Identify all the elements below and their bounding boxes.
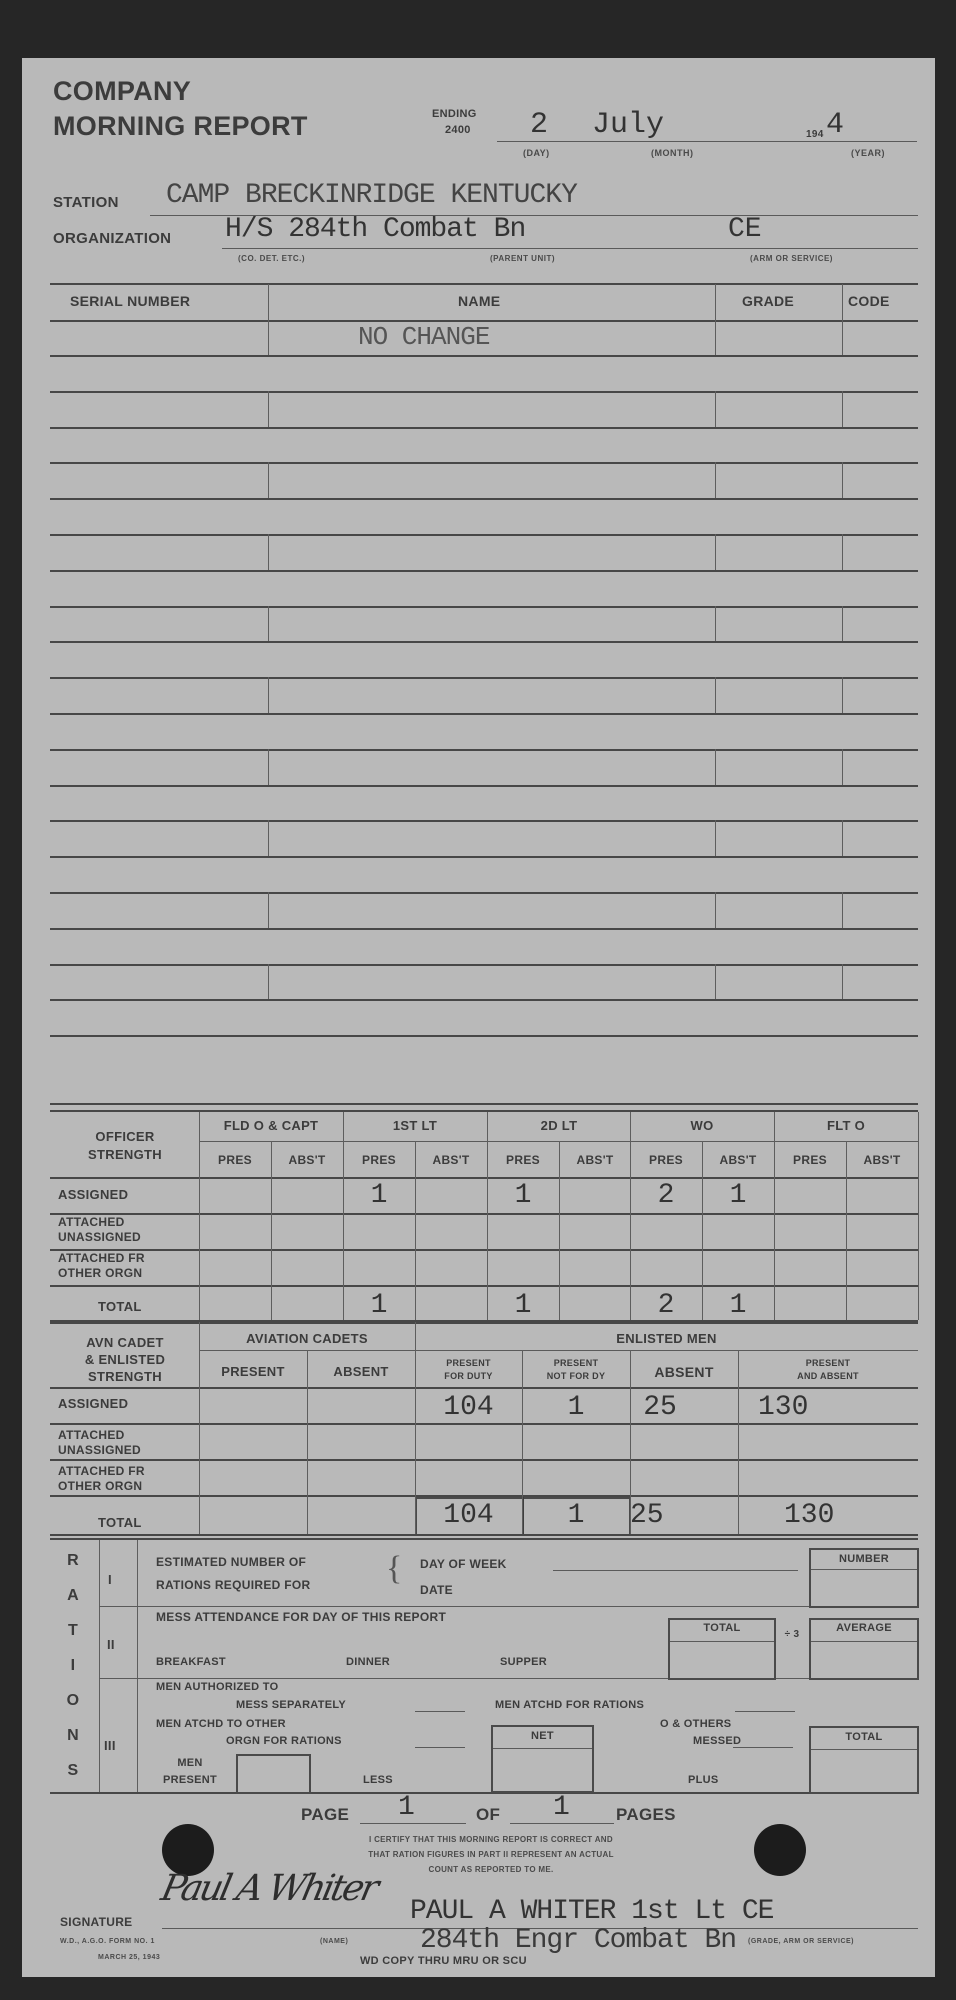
roster-col-divider — [268, 677, 269, 713]
roster-row-line — [50, 427, 918, 429]
officer-sub-header: PRES — [774, 1153, 846, 1167]
roster-col-divider — [715, 820, 716, 856]
officer-group-divider — [630, 1112, 631, 1320]
officer-title-2: STRENGTH — [50, 1146, 200, 1164]
roster-col-divider — [842, 534, 843, 570]
rations-letter: S — [58, 1762, 88, 1780]
roster-row-line — [50, 677, 918, 679]
officer-group-header: 2D LT — [487, 1118, 631, 1133]
enlisted-bottom-line — [50, 1534, 918, 1536]
enlisted-row-att-other: ATTACHED FR OTHER ORGN — [58, 1464, 145, 1494]
signer-unit: 284th Engr Combat Bn — [420, 1925, 736, 1956]
officer-group-header: 1ST LT — [343, 1118, 487, 1133]
roster-col-divider — [842, 892, 843, 928]
label: ATTACHED FR — [58, 1464, 145, 1479]
organization-line — [222, 248, 918, 249]
roster-row-line — [50, 498, 918, 500]
less-label: LESS — [363, 1774, 393, 1786]
day-caption: (DAY) — [523, 148, 550, 158]
page-number: 1 — [398, 1792, 415, 1823]
roster-col-divider — [715, 677, 716, 713]
enlisted-row-att-unassigned: ATTACHED UNASSIGNED — [58, 1428, 141, 1458]
roster-row-line — [50, 928, 918, 930]
signer-name: PAUL A WHITER 1st Lt CE — [410, 1896, 773, 1927]
page-number-line — [360, 1823, 466, 1824]
officer-row-assigned: ASSIGNED — [58, 1187, 128, 1202]
officer-group-divider — [487, 1112, 488, 1320]
aviation-cadets-header: AVIATION CADETS — [199, 1331, 415, 1346]
enlisted-col-divider — [415, 1322, 416, 1534]
assigned-present-not-for-duty: 1 — [522, 1392, 630, 1423]
mess-total-label: TOTAL — [668, 1622, 776, 1634]
officer-sub-divider — [846, 1141, 847, 1320]
roster-col-divider — [268, 391, 269, 427]
breakfast-label: BREAKFAST — [156, 1656, 226, 1668]
label: I CERTIFY THAT THIS MORNING REPORT IS CO… — [276, 1832, 706, 1847]
name-caption: (NAME) — [320, 1938, 348, 1945]
officer-sub-header: PRES — [343, 1153, 415, 1167]
label: PRESENT — [738, 1357, 918, 1370]
roster-row-line — [50, 606, 918, 608]
roster-row-line — [50, 1035, 918, 1037]
label: PRESENT — [415, 1357, 522, 1370]
total-present-not-for-duty: 1 — [522, 1500, 630, 1531]
col-header-grade: GRADE — [742, 293, 794, 309]
mess-total-divider — [670, 1641, 774, 1642]
officer-sub-header: ABS'T — [559, 1153, 631, 1167]
roster-col-divider — [715, 320, 716, 355]
em-absent-header: ABSENT — [630, 1364, 738, 1380]
average-box-label: AVERAGE — [809, 1622, 919, 1634]
date-label: DATE — [420, 1583, 453, 1597]
officer-group-divider — [774, 1112, 775, 1320]
roster-row-line — [50, 355, 918, 357]
men-atchd-rations-label: MEN ATCHD FOR RATIONS — [495, 1699, 644, 1711]
roster-col-divider — [842, 677, 843, 713]
atchd-rations-line — [735, 1711, 795, 1712]
label: UNASSIGNED — [58, 1443, 141, 1458]
rations-est-line2: RATIONS REQUIRED FOR — [156, 1578, 310, 1592]
form-number: W.D., A.G.O. FORM NO. 1 — [60, 1938, 155, 1945]
officer-assigned-value: 2 — [630, 1180, 702, 1211]
label: STRENGTH — [50, 1368, 200, 1385]
sec3-num: III — [104, 1738, 116, 1753]
roster-col-divider — [842, 462, 843, 498]
roster-row-line — [50, 462, 918, 464]
others-messed-line — [733, 1747, 793, 1748]
ending-label: ENDING — [432, 108, 477, 120]
roster-col-divider — [842, 749, 843, 785]
rations-bottom-line — [50, 1792, 918, 1794]
roster-col-divider — [715, 462, 716, 498]
roster-col-divider — [268, 820, 269, 856]
label: THAT RATION FIGURES IN PART II REPRESENT… — [276, 1847, 706, 1862]
enlisted-col-divider — [738, 1350, 739, 1534]
org-caption-co: (CO. DET. ETC.) — [238, 254, 305, 263]
number-box-divider — [811, 1569, 917, 1570]
enlisted-col-divider — [630, 1350, 631, 1534]
roster-col-divider — [268, 892, 269, 928]
page-total: 1 — [553, 1792, 570, 1823]
officer-total-value: 1 — [487, 1290, 559, 1321]
rations-sec1-bottom — [99, 1606, 811, 1607]
men-present-box — [236, 1754, 311, 1794]
label: UNASSIGNED — [58, 1230, 141, 1245]
month-caption: (MONTH) — [651, 148, 694, 158]
label: NOT FOR DY — [522, 1370, 630, 1383]
col-header-serial: SERIAL NUMBER — [70, 293, 190, 309]
ending-time-label: 2400 — [445, 124, 471, 136]
cadets-absent-header: ABSENT — [307, 1364, 415, 1379]
average-box-divider — [811, 1641, 917, 1642]
punch-hole-right — [754, 1824, 806, 1876]
divide-by-three: ÷ 3 — [780, 1628, 804, 1641]
officer-row-line — [50, 1213, 918, 1215]
enlisted-row-total: TOTAL — [98, 1515, 142, 1530]
rations-letter: N — [58, 1727, 88, 1745]
officer-group-header: FLD O & CAPT — [199, 1118, 343, 1133]
officer-group-header: WO — [630, 1118, 774, 1133]
organization-label: ORGANIZATION — [53, 230, 171, 247]
plus-label: PLUS — [688, 1774, 719, 1786]
enlisted-row-line — [50, 1495, 918, 1497]
day-of-week-line — [553, 1570, 798, 1571]
of-label: OF — [476, 1805, 500, 1825]
roster-col-divider — [715, 892, 716, 928]
roster-col-divider — [268, 462, 269, 498]
roster-row-line — [50, 391, 918, 393]
rations-total-divider — [811, 1749, 917, 1750]
officer-row-att-other: ATTACHED FR OTHER ORGN — [58, 1251, 145, 1281]
enlisted-men-header: ENLISTED MEN — [415, 1331, 918, 1346]
officer-sub-header: ABS'T — [415, 1153, 487, 1167]
supper-label: SUPPER — [500, 1656, 547, 1668]
label: OTHER ORGN — [58, 1479, 145, 1494]
label: PRESENT — [145, 1772, 235, 1789]
roster-row-line — [50, 570, 918, 572]
officer-group-divider — [199, 1112, 200, 1320]
organization-value: H/S 284th Combat Bn — [225, 214, 525, 245]
roster-row-line — [50, 534, 918, 536]
officer-row-att-unassigned: ATTACHED UNASSIGNED — [58, 1215, 141, 1245]
enlisted-row-line — [50, 1459, 918, 1461]
officer-sub-header: ABS'T — [702, 1153, 774, 1167]
officer-sub-header: PRES — [630, 1153, 702, 1167]
label: PRESENT — [522, 1357, 630, 1370]
officer-sub-header: ABS'T — [271, 1153, 343, 1167]
form-title-line1: COMPANY — [53, 76, 191, 107]
enlisted-col-divider — [199, 1322, 200, 1534]
roster-col-divider — [842, 964, 843, 999]
officer-assigned-value: 1 — [702, 1180, 774, 1211]
officer-sub-header: PRES — [487, 1153, 559, 1167]
assigned-present-and-absent: 130 — [758, 1392, 808, 1423]
roster-bottom-line-2 — [50, 1110, 918, 1112]
cadets-present-header: PRESENT — [199, 1364, 307, 1379]
roster-col-divider — [842, 320, 843, 355]
grade-caption: (GRADE, ARM OR SERVICE) — [748, 1938, 854, 1945]
enlisted-col-divider — [307, 1350, 308, 1534]
officer-assigned-value: 1 — [487, 1180, 559, 1211]
officer-total-value: 2 — [630, 1290, 702, 1321]
label: AND ABSENT — [738, 1370, 918, 1383]
total-present-and-absent: 130 — [784, 1500, 834, 1531]
roster-col-divider — [268, 534, 269, 570]
roster-row-line — [50, 892, 918, 894]
dinner-label: DINNER — [346, 1656, 390, 1668]
station-value: CAMP BRECKINRIDGE KENTUCKY — [166, 180, 577, 211]
assigned-present-for-duty: 104 — [415, 1392, 522, 1423]
enlisted-top-line — [50, 1322, 918, 1324]
rations-letter: O — [58, 1692, 88, 1710]
rations-letter: A — [58, 1587, 88, 1605]
rations-total-label: TOTAL — [809, 1731, 919, 1743]
roster-bottom-line — [50, 1103, 918, 1105]
col-header-name: NAME — [458, 293, 500, 309]
year-prefix: 194 — [806, 129, 824, 140]
org-caption-parent: (PARENT UNIT) — [490, 254, 555, 263]
officer-row-total: TOTAL — [98, 1299, 142, 1314]
label: OTHER ORGN — [58, 1266, 145, 1281]
handwritten-signature: Paul A Whiter — [158, 1868, 380, 1909]
enlisted-row-line — [50, 1423, 918, 1425]
men-atchd-other-line2: ORGN FOR RATIONS — [226, 1735, 342, 1747]
roster-col-divider — [715, 284, 716, 320]
net-box-label: NET — [491, 1730, 594, 1742]
roster-col-divider — [268, 320, 269, 355]
report-day: 2 — [530, 108, 548, 142]
roster-col-divider — [715, 749, 716, 785]
rations-divider-1 — [99, 1540, 100, 1792]
officer-sub-header: PRES — [199, 1153, 271, 1167]
roster-col-divider — [268, 964, 269, 999]
officer-sub-divider — [415, 1141, 416, 1320]
roster-col-divider — [842, 820, 843, 856]
officer-row-line — [50, 1285, 918, 1287]
total-present-for-duty: 104 — [415, 1500, 522, 1531]
pages-label: PAGES — [616, 1805, 676, 1825]
station-label: STATION — [53, 194, 119, 211]
em-present-for-duty-header: PRESENT FOR DUTY — [415, 1357, 522, 1383]
net-box-divider — [493, 1748, 592, 1749]
roster-col-divider — [715, 534, 716, 570]
roster-col-divider — [842, 391, 843, 427]
report-year-suffix: 4 — [826, 108, 844, 142]
sec1-num: I — [108, 1572, 112, 1587]
roster-row-line — [50, 320, 918, 322]
signature-label: SIGNATURE — [60, 1915, 132, 1929]
men-authorized-line1: MEN AUTHORIZED TO — [156, 1681, 278, 1693]
roster-entry: NO CHANGE — [358, 322, 489, 352]
roster-top-line — [50, 283, 918, 285]
roster-row-line — [50, 641, 918, 643]
date-line — [497, 141, 917, 142]
men-atchd-other-line1: MEN ATCHD TO OTHER — [156, 1718, 286, 1730]
roster-col-divider — [268, 284, 269, 320]
day-of-week-label: DAY OF WEEK — [420, 1557, 507, 1571]
officer-row-line — [50, 1249, 918, 1251]
label: & ENLISTED — [50, 1351, 200, 1368]
total-absent: 25 — [630, 1500, 664, 1531]
rations-est-line1: ESTIMATED NUMBER OF — [156, 1555, 306, 1569]
rations-top-line — [50, 1538, 918, 1540]
enlisted-col-divider — [522, 1350, 523, 1534]
roster-row-line — [50, 856, 918, 858]
report-month: July — [592, 108, 664, 142]
roster-row-line — [50, 749, 918, 751]
brace: { — [386, 1550, 402, 1588]
enlisted-row-line — [50, 1387, 918, 1389]
roster-row-line — [50, 785, 918, 787]
form-title-line2: MORNING REPORT — [53, 111, 308, 142]
page-label: PAGE — [301, 1805, 349, 1825]
col-header-code: CODE — [848, 293, 890, 309]
roster-col-divider — [268, 606, 269, 641]
page-total-line — [510, 1823, 614, 1824]
roster-col-divider — [268, 749, 269, 785]
rations-letter: I — [58, 1657, 88, 1675]
roster-row-line — [50, 820, 918, 822]
officer-title-1: OFFICER — [50, 1128, 200, 1146]
enlisted-strength-title: AVN CADET & ENLISTED STRENGTH — [50, 1334, 200, 1385]
o-others-line2: MESSED — [693, 1735, 741, 1747]
label: ATTACHED — [58, 1215, 141, 1230]
label: FOR DUTY — [415, 1370, 522, 1383]
label: ATTACHED FR — [58, 1251, 145, 1266]
label: ATTACHED — [58, 1428, 141, 1443]
officer-assigned-value: 1 — [343, 1180, 415, 1211]
number-box-label: NUMBER — [809, 1553, 919, 1565]
roster-row-line — [50, 999, 918, 1001]
arm-value: CE — [728, 214, 762, 245]
enlisted-row-assigned: ASSIGNED — [58, 1396, 128, 1411]
orgn-rations-line — [415, 1747, 465, 1748]
rations-divider-2 — [137, 1540, 138, 1792]
roster-col-divider — [842, 606, 843, 641]
officer-total-value: 1 — [702, 1290, 774, 1321]
mess-attendance-title: MESS ATTENDANCE FOR DAY OF THIS REPORT — [156, 1610, 446, 1624]
assigned-absent: 25 — [630, 1392, 690, 1423]
officer-strength-title: OFFICER STRENGTH — [50, 1128, 200, 1164]
men-present-label: MEN PRESENT — [145, 1755, 235, 1789]
mess-separately-line — [415, 1711, 465, 1712]
officer-group-header: FLT O — [774, 1118, 918, 1133]
officer-group-divider — [918, 1112, 919, 1320]
roster-col-divider — [715, 606, 716, 641]
officer-sub-divider — [271, 1141, 272, 1320]
o-others-line1: O & OTHERS — [660, 1718, 731, 1730]
roster-col-divider — [715, 391, 716, 427]
org-caption-arm: (ARM OR SERVICE) — [750, 254, 833, 263]
roster-row-line — [50, 964, 918, 966]
year-caption: (YEAR) — [851, 148, 885, 158]
label: AVN CADET — [50, 1334, 200, 1351]
label: MEN — [145, 1755, 235, 1772]
rations-letter: T — [58, 1622, 88, 1640]
roster-row-line — [50, 713, 918, 715]
wd-copy-note: WD COPY THRU MRU OR SCU — [360, 1955, 527, 1967]
sec2-num: II — [107, 1637, 115, 1652]
officer-group-divider — [343, 1112, 344, 1320]
roster-col-divider — [715, 964, 716, 999]
officer-row-line — [50, 1177, 918, 1179]
em-present-and-absent-header: PRESENT AND ABSENT — [738, 1357, 918, 1383]
roster-col-divider — [842, 284, 843, 320]
men-authorized-line2: MESS SEPARATELY — [236, 1699, 346, 1711]
rations-letter: R — [58, 1552, 88, 1570]
form-date: MARCH 25, 1943 — [98, 1954, 160, 1961]
em-present-not-for-duty-header: PRESENT NOT FOR DY — [522, 1357, 630, 1383]
officer-sub-divider — [559, 1141, 560, 1320]
officer-sub-header: ABS'T — [846, 1153, 918, 1167]
officer-total-value: 1 — [343, 1290, 415, 1321]
